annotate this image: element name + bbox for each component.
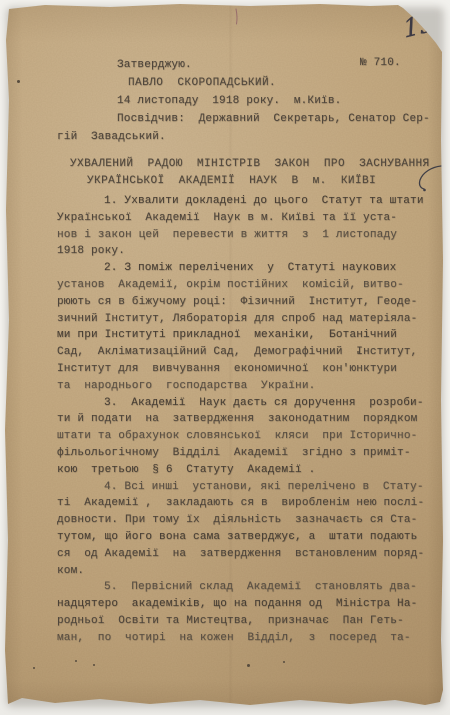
document-line: штати та обрахунок словянської кляси при… [57, 428, 439, 445]
attest-line-2: гій Завадський. [57, 131, 166, 143]
stray-pen-mark [232, 8, 244, 28]
paper-speck [283, 661, 285, 663]
document-line: ті Академії , закладають ся в виробленім… [57, 495, 439, 512]
paper-speck [93, 664, 95, 666]
document-title-line-1: УХВАЛЕНИЙ РАДОЮ МІНІСТРІВ ЗАКОН ПРО ЗАСН… [70, 158, 430, 170]
document-line: ся од Академії на затвердження встановле… [57, 546, 439, 563]
document-line: 1. Ухвалити докладені до цього Статут та… [57, 193, 439, 210]
document-number: № 710. [360, 57, 401, 69]
document-line: ти й подати на затвердження законодатним… [57, 411, 439, 428]
document-line: та народнього господарства України. [57, 378, 439, 395]
paper-speck [357, 351, 359, 353]
document-line: родньої Освіти та Мистецтва, призначає П… [57, 613, 439, 630]
document-line: нов і закон цей перевести в життя з 1 ли… [57, 227, 439, 244]
date-place-line: 14 листопаду 1918 року. м.Київ. [117, 95, 341, 107]
document-line: 5. Первісний склад Академії становлять д… [57, 579, 439, 596]
document-line: ман, по чотирі на кожен Відділ, з посере… [57, 630, 439, 647]
document-line: Інститут для вивчування економичної кон'… [57, 361, 439, 378]
document-line: Української Академії Наук в м. Київі та … [57, 210, 439, 227]
paper-speck [247, 664, 250, 667]
document-line: довности. При тому їх діяльність зазнача… [57, 512, 439, 529]
document-line: рюють ся в біжучому році: Фізичний Інсти… [57, 294, 439, 311]
document-line: надцятеро академіків, що на подання од М… [57, 596, 439, 613]
document-line: Сад, Акліматизаційний Сад, Демографічний… [57, 344, 439, 361]
attest-line-1: Посвідчив: Державний Секретарь, Сенатор … [117, 113, 430, 125]
document-line: 4. Всі инші установи, які перелічено в С… [57, 479, 439, 496]
document-paper: Затверджую. № 710. ПАВЛО СКОРОПАДСЬКИЙ. … [0, 0, 450, 715]
paper-speck [75, 660, 77, 662]
document-body: 1. Ухвалити докладені до цього Статут та… [57, 193, 439, 647]
paper-speck [33, 667, 35, 669]
document-line: зичний Інститут, Лябораторія для спроб н… [57, 311, 439, 328]
document-line: установ Академії, окрім постійних комісі… [57, 277, 439, 294]
document-line: кою третьою § 6 Статуту Академії . [57, 462, 439, 479]
document-line: фільольогічному Відділі Академії згідно … [57, 445, 439, 462]
document-line: тутом, що його вона сама затверджує, а ш… [57, 529, 439, 546]
signatory-name: ПАВЛО СКОРОПАДСЬКИЙ. [128, 77, 276, 89]
approval-label: Затверджую. [117, 59, 192, 71]
document-line: ком. [57, 563, 439, 580]
document-line: 1918 року. [57, 243, 439, 260]
document-line: 3. Академії Наук даєть ся доручення розр… [57, 395, 439, 412]
paper-speck [17, 80, 20, 83]
document-line: 2. З поміж перелічених у Статуті наукови… [57, 260, 439, 277]
document-line: ми при Інституті прикладної механіки, Бо… [57, 327, 439, 344]
document-title-line-2: УКРАЇНСЬКОЇ АКАДЕМІЇ НАУК В м. КИЇВІ [87, 175, 376, 187]
